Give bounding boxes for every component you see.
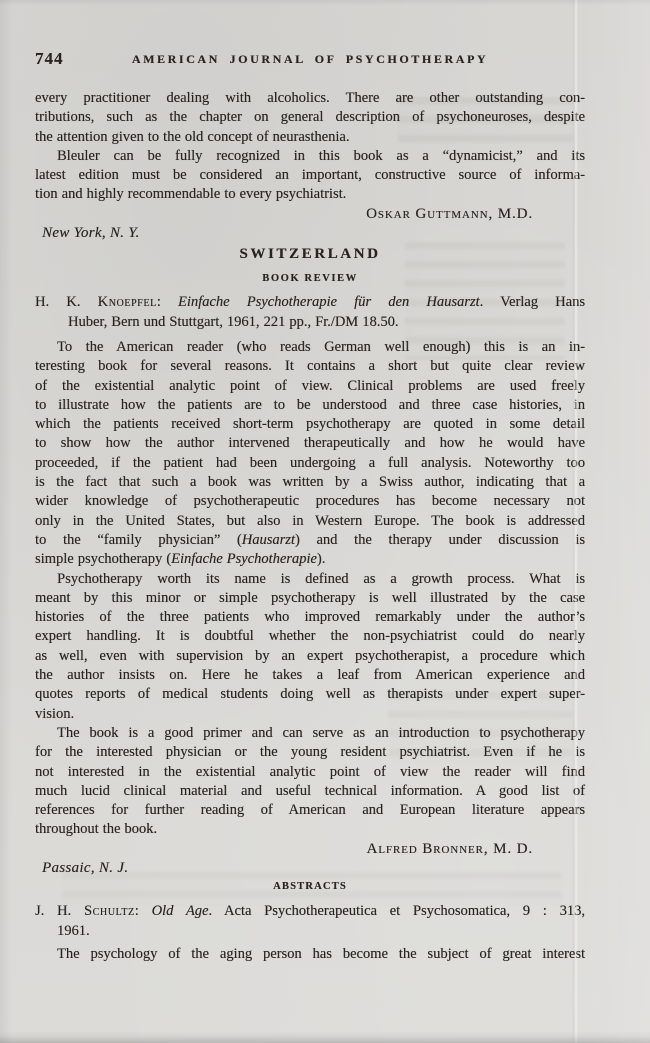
reviewer-signature: Alfred Bronner, M. D. [35, 840, 585, 859]
text-line: is the fact that such a book was written… [35, 473, 585, 492]
text-line: which the patients received short-term p… [35, 415, 585, 434]
citation-line: Huber, Bern und Stuttgart, 1961, 221 pp.… [35, 313, 585, 332]
citation-line: H. K. Knoepfel: Einfache Psychotherapie … [35, 293, 585, 312]
text-line: The psychology of the aging person has b… [35, 945, 585, 964]
paragraph: every practitioner dealing with alcoholi… [35, 89, 585, 147]
text-line: wider knowledge of psychotherapeutic pro… [35, 492, 585, 511]
text-line: the author insists on. Here he takes a l… [35, 666, 585, 685]
text-line: meant by this minor or simple psychother… [35, 589, 585, 608]
text-run: ) and the therapy under discussion is [295, 532, 585, 548]
text-line: to the “family physician” (Hausarzt) and… [35, 531, 585, 550]
text-run: simple psychotherapy ( [35, 551, 171, 567]
text-line: to show how the author intervened therap… [35, 434, 585, 453]
text-line: tion and highly recommendable to every p… [35, 185, 585, 204]
text-line: teresting book for several reasons. It c… [35, 357, 585, 376]
text-line: vision. [35, 705, 585, 724]
text-run: to the “family physician” ( [35, 532, 242, 548]
text-line: not interested in the existential analyt… [35, 763, 585, 782]
journal-title: AMERICAN JOURNAL OF PSYCHOTHERAPY [35, 52, 585, 67]
text-line: histories of the three patients who impr… [35, 608, 585, 627]
citation-separator: : [135, 903, 152, 919]
text-line: references for further reading of Americ… [35, 801, 585, 820]
text-line: simple psychotherapy (Einfache Psychothe… [35, 550, 585, 569]
citation-separator: : [157, 294, 178, 310]
citation-source: . Acta Psychotherapeutica et Psychosomat… [208, 903, 585, 919]
text-line: the attention given to the old concept o… [35, 128, 585, 147]
subsection-heading-book-review: BOOK REVIEW [35, 272, 585, 285]
citation-article-title: Old Age [152, 903, 209, 919]
text-line: Bleuler can be fully recognized in this … [35, 147, 585, 166]
paragraph: Psychotherapy worth its name is defined … [35, 570, 585, 724]
text-line: of the existential analytic point of vie… [35, 377, 585, 396]
section-heading-switzerland: SWITZERLAND [35, 245, 585, 264]
text-line: Psychotherapy worth its name is defined … [35, 570, 585, 589]
italic-run: Hausarzt [242, 532, 295, 548]
paragraph: Bleuler can be fully recognized in this … [35, 147, 585, 205]
paragraph: To the American reader (who reads German… [35, 338, 585, 570]
text-line: only in the United States, but also in W… [35, 512, 585, 531]
reviewer-location: Passaic, N. J. [35, 859, 585, 878]
text-line: much lucid clinical material and useful … [35, 782, 585, 801]
text-line: as well, even with supervision by an exp… [35, 647, 585, 666]
reviewer-signature: Oskar Guttmann, M.D. [35, 205, 585, 224]
section-heading-abstracts: ABSTRACTS [35, 880, 585, 894]
text-line: throughout the book. [35, 820, 585, 839]
citation-author-prefix: H. K. [35, 294, 98, 310]
book-citation: H. K. Knoepfel: Einfache Psychotherapie … [35, 293, 585, 332]
citation-line: J. H. Schultz: Old Age. Acta Psychothera… [35, 902, 585, 921]
text-line: expert handling. It is doubtful whether … [35, 627, 585, 646]
text-line: To the American reader (who reads German… [35, 338, 585, 357]
page-number: 744 [35, 49, 64, 69]
citation-author-name: Knoepfel [98, 294, 157, 310]
abstract-citation: J. H. Schultz: Old Age. Acta Psychothera… [35, 902, 585, 941]
citation-line: 1961. [35, 922, 585, 941]
reviewer-location: New York, N. Y. [35, 224, 585, 243]
text-line: every practitioner dealing with alcoholi… [35, 89, 585, 108]
citation-author-name: Schultz [84, 903, 135, 919]
text-line: for the interested physician or the youn… [35, 743, 585, 762]
citation-author-prefix: J. H. [35, 903, 84, 919]
citation-publisher: . Verlag Hans [480, 294, 585, 310]
paragraph: The psychology of the aging person has b… [35, 945, 585, 964]
scanned-journal-page: 744 AMERICAN JOURNAL OF PSYCHOTHERAPY ev… [0, 0, 650, 1043]
text-run: ). [317, 551, 325, 567]
text-line: latest edition must be considered an imp… [35, 166, 585, 185]
text-line: tributions, such as the chapter on gener… [35, 108, 585, 127]
page-header: 744 AMERICAN JOURNAL OF PSYCHOTHERAPY [35, 0, 585, 70]
text-line: The book is a good primer and can serve … [35, 724, 585, 743]
paragraph: The book is a good primer and can serve … [35, 724, 585, 840]
citation-book-title: Einfache Psychotherapie für den Hausarzt [178, 294, 480, 310]
text-line: quotes reports of medical students doing… [35, 685, 585, 704]
italic-run: Einfache Psychotherapie [171, 551, 317, 567]
text-line: to illustrate how the patients are to be… [35, 396, 585, 415]
text-line: proceeded, if the patient had been under… [35, 454, 585, 473]
